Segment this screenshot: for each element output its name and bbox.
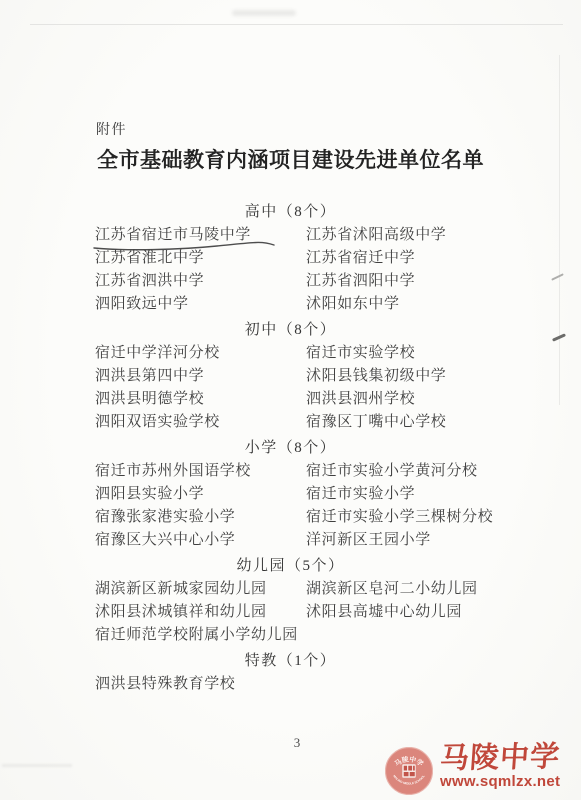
section: 高中（8个）江苏省宿迁市马陵中学江苏省沭阳高级中学江苏省淮北中学江苏省宿迁中学江… [0,201,581,316]
section: 小学（8个）宿迁市苏州外国语学校宿迁市实验小学黄河分校泗阳县实验小学宿迁市实验小… [0,437,581,552]
section-heading: 初中（8个） [0,319,581,342]
section: 初中（8个）宿迁中学洋河分校宿迁市实验学校泗洪县第四中学沭阳县钱集初级中学泗洪县… [0,319,581,434]
entry-row: 宿迁中学洋河分校宿迁市实验学校 [0,342,581,365]
scan-artifact-smudge [232,10,296,16]
entry-row: 沭阳县沭城镇祥和幼儿园沭阳县高墟中心幼儿园 [0,601,581,624]
school-entry-right: 宿豫区丁嘴中心学校 [306,411,551,434]
school-entry-left: 湖滨新区新城家园幼儿园 [95,578,306,601]
school-entry-left: 泗洪县特殊教育学校 [95,673,306,696]
page-number: 3 [286,735,308,751]
school-entry-right: 江苏省沭阳高级中学 [306,224,551,247]
entry-row: 江苏省宿迁市马陵中学江苏省沭阳高级中学 [0,224,581,247]
school-entry-left: 泗阳双语实验学校 [95,411,306,434]
entry-row: 宿豫张家港实验小学宿迁市实验小学三棵树分校 [0,506,581,529]
scan-artifact-line [30,24,563,25]
section-heading: 特教（1个） [0,650,581,673]
sections-container: 高中（8个）江苏省宿迁市马陵中学江苏省沭阳高级中学江苏省淮北中学江苏省宿迁中学江… [0,201,581,696]
entry-row: 泗洪县明德学校泗洪县泗州学校 [0,388,581,411]
school-watermark: 马陵中学 MALING MIDDLE SCHOOL 马陵中学 www.sqmlz… [385,742,560,795]
attachment-label: 附件 [96,119,127,139]
section-heading: 幼儿园（5个） [0,555,581,578]
school-entry-left: 宿迁师范学校附属小学幼儿园 [95,624,306,647]
school-entry-right [306,624,551,647]
school-entry-right: 宿迁市实验小学 [306,483,551,506]
school-entry-right: 沭阳县高墟中心幼儿园 [306,601,551,624]
school-entry-left: 泗阳致远中学 [95,293,306,316]
school-entry-right: 江苏省泗阳中学 [306,270,551,293]
entry-row: 宿迁市苏州外国语学校宿迁市实验小学黄河分校 [0,460,581,483]
school-entry-left: 江苏省淮北中学 [95,247,306,270]
school-entry-left: 江苏省宿迁市马陵中学 [95,224,306,247]
school-entry-right: 宿迁市实验小学三棵树分校 [306,506,551,529]
scanned-document: { "document": { "attachment_label": "附件"… [0,0,581,800]
watermark-text: 马陵中学 www.sqmlzx.net [440,742,560,790]
school-entry-left: 沭阳县沭城镇祥和幼儿园 [95,601,306,624]
school-entry-left: 宿迁市苏州外国语学校 [95,460,306,483]
entry-row: 泗阳致远中学沭阳如东中学 [0,293,581,316]
entry-row: 江苏省淮北中学江苏省宿迁中学 [0,247,581,270]
school-entry-right: 宿迁市实验学校 [306,342,551,365]
section-heading: 高中（8个） [0,201,581,224]
school-name-watermark: 马陵中学 [439,741,562,776]
entry-row: 泗洪县特殊教育学校 [0,673,581,696]
school-entry-left: 宿豫区大兴中心小学 [95,529,306,552]
school-entry-left: 泗阳县实验小学 [95,483,306,506]
school-entry-right: 沭阳县钱集初级中学 [306,365,551,388]
school-entry-right [306,673,551,696]
school-seal: 马陵中学 MALING MIDDLE SCHOOL [385,747,433,795]
school-entry-right: 宿迁市实验小学黄河分校 [306,460,551,483]
section: 幼儿园（5个）湖滨新区新城家园幼儿园湖滨新区皂河二小幼儿园沭阳县沭城镇祥和幼儿园… [0,555,581,647]
school-entry-right: 湖滨新区皂河二小幼儿园 [306,578,551,601]
document-page: 附件 全市基础教育内涵项目建设先进单位名单 高中（8个）江苏省宿迁市马陵中学江苏… [0,0,581,800]
school-entry-left: 江苏省泗洪中学 [95,270,306,293]
school-website: www.sqmlzx.net [440,774,560,790]
school-entry-right: 江苏省宿迁中学 [306,247,551,270]
entry-row: 泗阳双语实验学校宿豫区丁嘴中心学校 [0,411,581,434]
school-entry-right: 洋河新区王园小学 [306,529,551,552]
entry-row: 江苏省泗洪中学江苏省泗阳中学 [0,270,581,293]
section: 特教（1个）泗洪县特殊教育学校 [0,650,581,696]
school-entry-left: 宿迁中学洋河分校 [95,342,306,365]
entry-row: 湖滨新区新城家园幼儿园湖滨新区皂河二小幼儿园 [0,578,581,601]
entry-row: 泗阳县实验小学宿迁市实验小学 [0,483,581,506]
school-entry-left: 泗洪县明德学校 [95,388,306,411]
school-entry-left: 泗洪县第四中学 [95,365,306,388]
school-entry-left: 宿豫张家港实验小学 [95,506,306,529]
entry-row: 泗洪县第四中学沭阳县钱集初级中学 [0,365,581,388]
school-entry-right: 沭阳如东中学 [306,293,551,316]
scan-artifact-smudge [2,764,72,767]
school-seal-icon: 马陵中学 MALING MIDDLE SCHOOL [385,747,433,795]
entry-row: 宿迁师范学校附属小学幼儿园 [0,624,581,647]
school-entry-right: 泗洪县泗州学校 [306,388,551,411]
page-title: 全市基础教育内涵项目建设先进单位名单 [0,144,581,174]
section-heading: 小学（8个） [0,437,581,460]
entry-row: 宿豫区大兴中心小学洋河新区王园小学 [0,529,581,552]
